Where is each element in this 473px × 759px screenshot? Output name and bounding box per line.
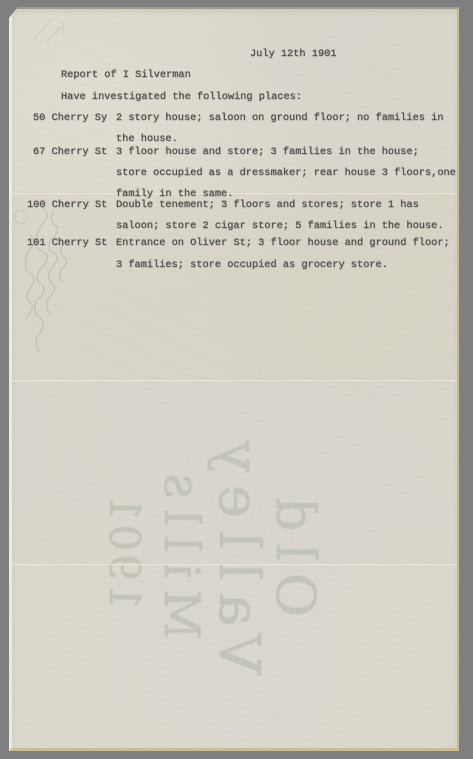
entry-line: Double tenement; 3 floors and stores; st… (116, 199, 419, 211)
entry-address: 50 Cherry Sy (33, 112, 107, 124)
entry-address: 100 Cherry St (27, 199, 107, 211)
fold-crease (12, 563, 457, 566)
entry-line: saloon; store 2 cigar store; 5 families … (116, 220, 444, 232)
entry-line: 2 story house; saloon on ground floor; n… (116, 112, 444, 124)
watermark-word: Old (267, 421, 324, 681)
pencil-corner-marks (26, 9, 86, 57)
fold-crease (12, 192, 457, 195)
paper-tint-band (12, 380, 457, 564)
entry-line: the house. (116, 133, 178, 145)
watermark-word: Valley (210, 421, 267, 681)
entry-line: 3 floor house and store; 3 families in t… (116, 146, 419, 158)
document-page: Old Valley Mills 1901 July 12th 1901 Rep… (9, 7, 459, 751)
mill-watermark: Old Valley Mills 1901 (92, 421, 328, 681)
scanner-background: { "page": { "background_color": "#7f7f82… (0, 0, 473, 759)
fold-crease (12, 379, 457, 382)
entry-line: store occupied as a dressmaker; rear hou… (116, 167, 456, 179)
intro-line: Have investigated the following places: (61, 91, 302, 103)
watermark-word: Mills (153, 421, 210, 681)
watermark-word: 1901 (96, 421, 153, 681)
report-title: Report of I Silverman (61, 69, 191, 81)
entry-line: Entrance on Oliver St; 3 floor house and… (116, 237, 450, 249)
entry-address: 101 Cherry St (27, 237, 107, 249)
pencil-marginalia (8, 205, 86, 363)
entry-line: 3 families; store occupied as grocery st… (116, 259, 388, 271)
entry-address: 67 Cherry St (33, 146, 107, 158)
date-line: July 12th 1901 (250, 48, 337, 60)
